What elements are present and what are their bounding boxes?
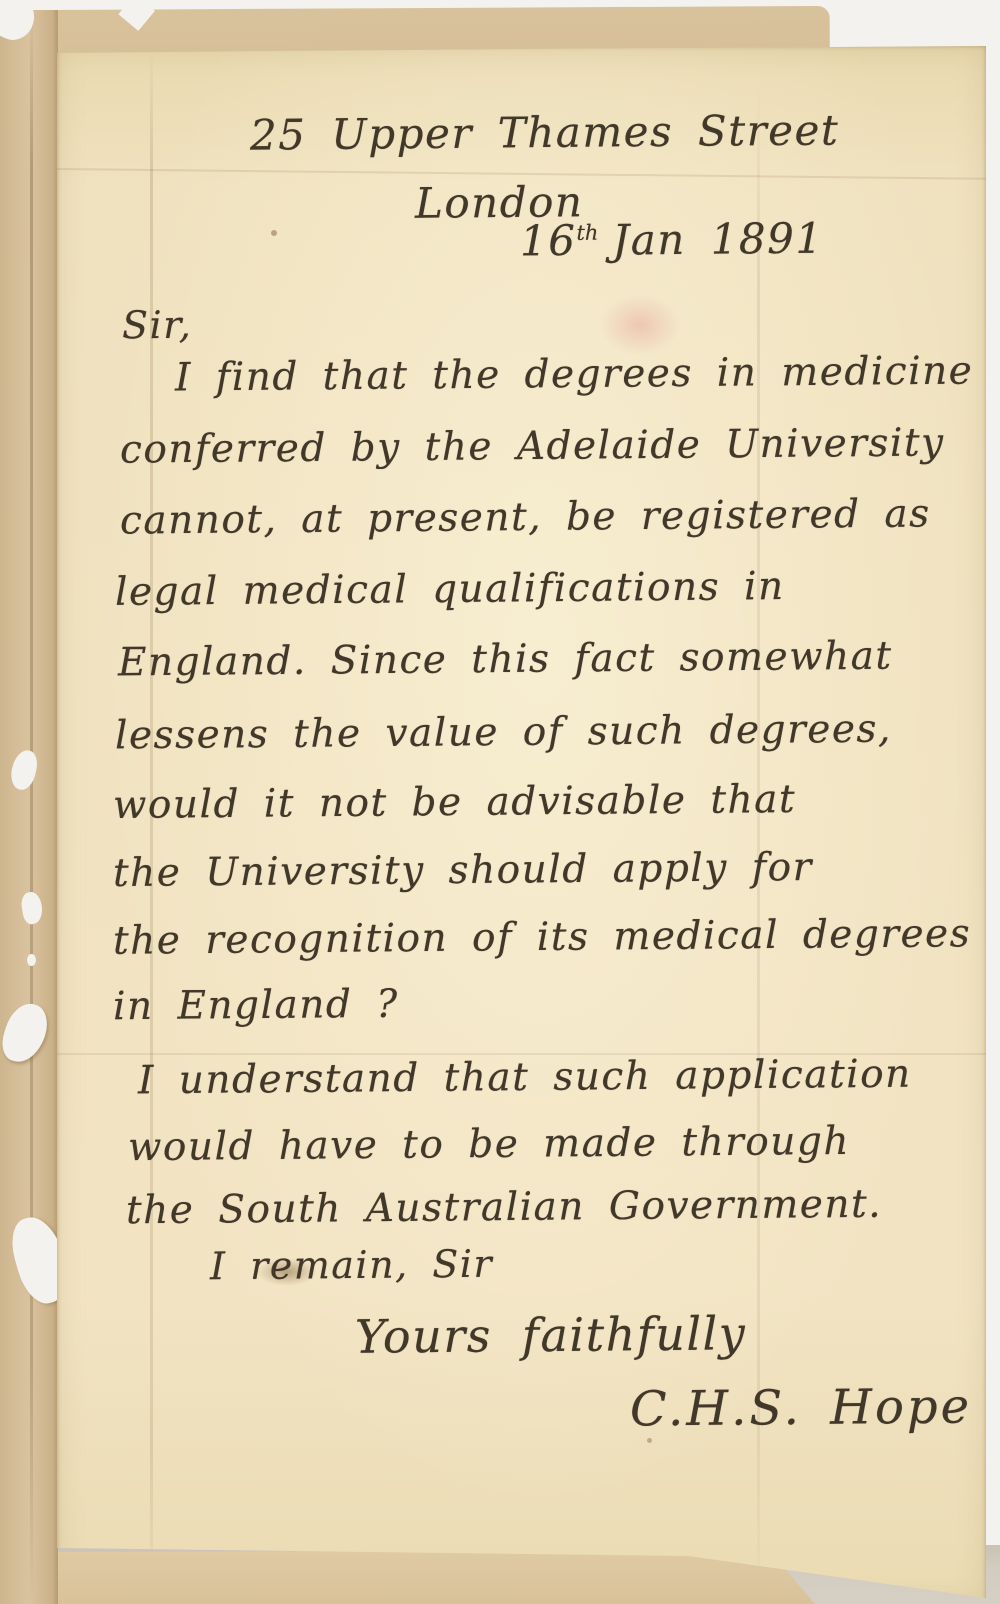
letter-page: 25 Upper Thames Street London 16thJan 18…	[57, 46, 986, 1604]
body-line: the University should apply for	[113, 845, 813, 896]
date-month-year: Jan 1891	[612, 214, 824, 265]
body-line: would it not be advisable that	[113, 777, 796, 828]
signature: C.H.S. Hope	[630, 1379, 972, 1438]
torn-hole	[8, 748, 40, 792]
body-line: lessens the value of such degrees,	[115, 707, 892, 759]
closing-remain: I remain, Sir	[210, 1242, 493, 1288]
salutation: Sir,	[122, 303, 193, 348]
body-line: the South Australian Government.	[126, 1182, 882, 1234]
age-speck	[271, 230, 277, 236]
body-line: would have to be made through	[128, 1119, 850, 1170]
left-edge-crease	[30, 10, 33, 1604]
date-ordinal-suffix: th	[576, 221, 598, 245]
date-day: 16	[520, 216, 577, 265]
body-line: England. Since this fact somewhat	[118, 634, 893, 686]
date-line: 16thJan 1891	[520, 214, 824, 266]
body-line: legal medical qualifications in	[115, 564, 785, 615]
body-line: conferred by the Adelaide University	[120, 420, 945, 472]
torn-hole	[0, 0, 41, 46]
body-line: in England ?	[113, 982, 399, 1029]
torn-hole	[27, 954, 36, 966]
torn-notch	[118, 0, 155, 31]
body-line: cannot, at present, be registered as	[120, 491, 931, 543]
body-line: I understand that such application	[138, 1052, 912, 1104]
age-speck	[647, 1438, 652, 1443]
torn-hole	[0, 999, 52, 1068]
body-line: the recognition of its medical degrees	[113, 911, 972, 963]
underlying-page-bottom-edge	[40, 1550, 815, 1604]
body-line: I find that the degrees in medicine	[175, 349, 974, 401]
underlying-page-left-edge	[0, 10, 58, 1604]
vertical-fold-crease	[757, 46, 760, 1604]
torn-hole	[19, 891, 44, 926]
closing-valediction: Yours faithfully	[355, 1306, 747, 1363]
pink-stain	[600, 294, 680, 356]
scan-background: 25 Upper Thames Street London 16thJan 18…	[0, 0, 1000, 1604]
address-line-1: 25 Upper Thames Street	[250, 105, 840, 159]
